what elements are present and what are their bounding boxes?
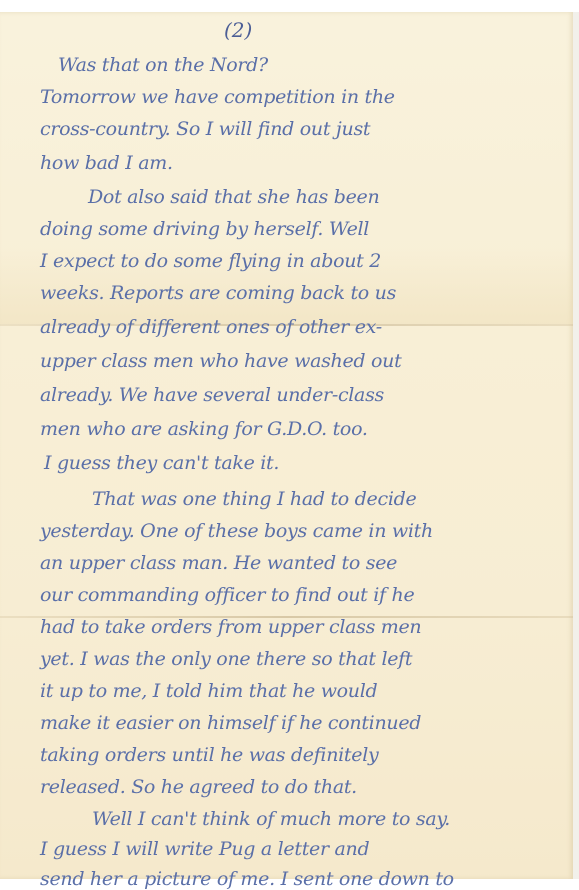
handwritten-line: released. So he agreed to do that. [40, 776, 357, 798]
handwritten-line: Tomorrow we have competition in the [40, 86, 395, 108]
handwritten-line: weeks. Reports are coming back to us [40, 282, 396, 304]
handwritten-line: taking orders until he was definitely [40, 744, 378, 766]
handwritten-line: cross-country. So I will find out just [40, 118, 370, 140]
handwritten-line: already. We have several under-class [40, 384, 384, 406]
handwritten-line: Dot also said that she has been [88, 186, 379, 208]
handwritten-line: men who are asking for G.D.O. too. [40, 418, 368, 440]
handwritten-line: had to take orders from upper class men [40, 616, 421, 638]
scan-edge [573, 12, 579, 879]
handwritten-line: I guess I will write Pug a letter and [40, 838, 369, 860]
handwritten-line: Was that on the Nord? [58, 54, 268, 76]
handwritten-line: it up to me, I told him that he would [40, 680, 377, 702]
handwritten-line: yesterday. One of these boys came in wit… [40, 520, 433, 542]
handwritten-line: yet. I was the only one there so that le… [40, 648, 412, 670]
handwritten-line: upper class men who have washed out [40, 350, 401, 372]
handwritten-line: send her a picture of me. I sent one dow… [40, 868, 454, 879]
handwritten-line: how bad I am. [40, 152, 173, 174]
handwritten-line: That was one thing I had to decide [92, 488, 416, 510]
handwritten-line: I guess they can't take it. [44, 452, 279, 474]
handwritten-line: I expect to do some flying in about 2 [40, 250, 381, 272]
page-number: (2) [224, 18, 252, 42]
handwritten-line: an upper class man. He wanted to see [40, 552, 397, 574]
handwritten-line: our commanding officer to find out if he [40, 584, 414, 606]
handwritten-line: doing some driving by herself. Well [40, 218, 369, 240]
handwritten-line: already of different ones of other ex- [40, 316, 382, 338]
handwritten-line: Well I can't think of much more to say. [92, 808, 450, 830]
handwritten-line: make it easier on himself if he continue… [40, 712, 421, 734]
letter-page: (2) Was that on the Nord? Tomorrow we ha… [0, 12, 574, 879]
